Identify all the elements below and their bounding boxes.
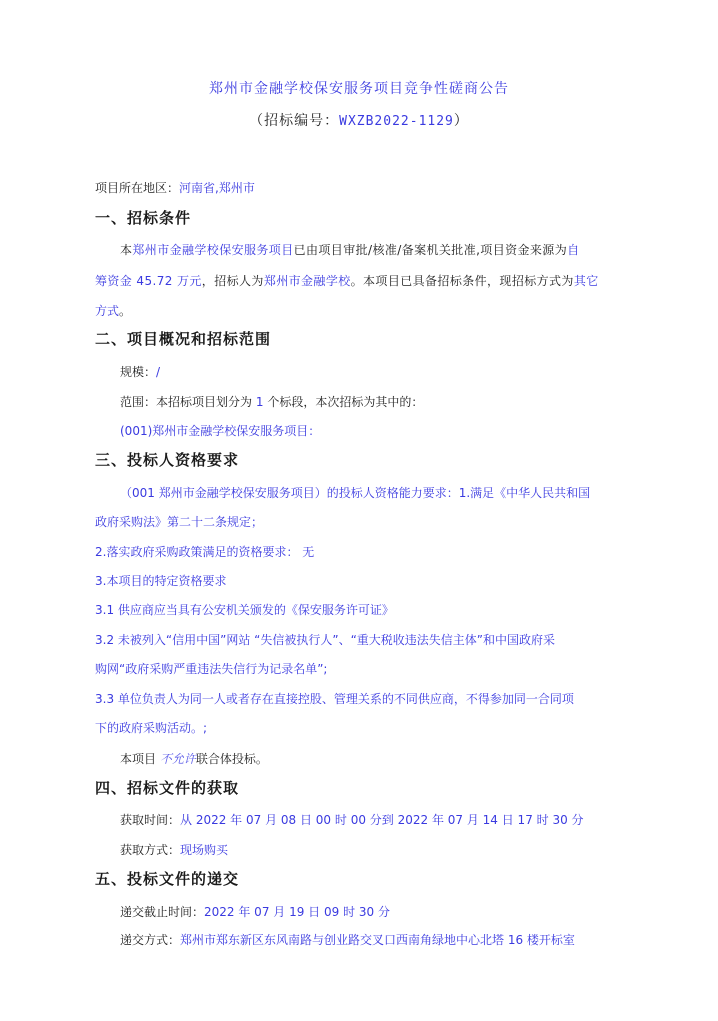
scale-value: / <box>156 365 160 379</box>
qualification-line: 3.本项目的特定资格要求 <box>95 573 226 589</box>
section-heading-4: 四、招标文件的获取 <box>95 780 239 796</box>
paragraph-line: 方式。 <box>95 303 131 319</box>
obtain-time-value: 从 2022 年 07 月 08 日 00 时 00 分到 2022 年 07 … <box>180 813 584 827</box>
qualification-line: 2.落实政府采购政策满足的资格要求： 无 <box>95 544 314 560</box>
text: 。 <box>119 304 131 318</box>
submit-deadline-value: 2022 年 07 月 19 日 09 时 30 分 <box>204 905 390 919</box>
text: 联合体投标。 <box>196 752 268 766</box>
obtain-method: 获取方式：现场购买 <box>120 842 228 858</box>
obtain-time-label: 获取时间： <box>120 813 180 827</box>
qualification-line: 3.2 未被列入“信用中国”网站 “失信被执行人”、“重大税收违法失信主体”和中… <box>95 632 555 648</box>
text: 本项目 <box>120 752 156 766</box>
tender-number: （招标编号：WXZB2022-1129） <box>0 110 718 130</box>
scale-label: 规模： <box>120 365 156 379</box>
scope-line: 范围：本招标项目划分为 1 个标段，本次招标为其中的： <box>120 394 423 410</box>
qualification-line: （001 郑州市金融学校保安服务项目）的投标人资格能力要求：1.满足《中华人民共… <box>120 485 590 501</box>
qualification-line: 3.1 供应商应当具有公安机关颁发的《保安服务许可证》 <box>95 602 394 618</box>
fund-source: 自 <box>567 243 579 257</box>
project-region: 项目所在地区：河南省,郑州市 <box>95 180 255 196</box>
text: 个标段，本次招标为其中的： <box>267 395 423 409</box>
region-label: 项目所在地区： <box>95 181 179 195</box>
qualification-line: 3.3 单位负责人为同一人或者存在直接控股、管理关系的不同供应商，不得参加同一合… <box>95 691 574 707</box>
qualification-line: 购网“政府采购严重违法失信行为记录名单”; <box>95 661 327 677</box>
section-heading-1: 一、招标条件 <box>95 210 191 226</box>
fund-amount: 筹资金 45.72 万元 <box>95 274 202 288</box>
text: ，招标人为 <box>202 274 264 288</box>
tenderer: 郑州市金融学校 <box>264 274 351 288</box>
submit-deadline: 递交截止时间：2022 年 07 月 19 日 09 时 30 分 <box>120 904 390 920</box>
obtain-method-value: 现场购买 <box>180 843 228 857</box>
section-heading-2: 二、项目概况和招标范围 <box>95 331 271 347</box>
scale-line: 规模：/ <box>120 364 160 380</box>
submit-method: 递交方式：郑州市郑东新区东风南路与创业路交叉口西南角绿地中心北塔 16 楼开标室 <box>120 932 575 948</box>
qualification-line: 政府采购法》第二十二条规定； <box>95 514 263 530</box>
submit-method-label: 递交方式： <box>120 933 180 947</box>
lot-name: (001)郑州市金融学校保安服务项目： <box>120 423 320 439</box>
tender-method: 其它 <box>574 274 599 288</box>
tender-number-close: ） <box>454 113 469 129</box>
project-name: 郑州市金融学校保安服务项目 <box>132 243 293 257</box>
text: 。本项目已具备招标条件，现招标方式为 <box>351 274 574 288</box>
document-title: 郑州市金融学校保安服务项目竞争性磋商公告 <box>0 78 718 98</box>
consortium-line: 本项目 不允许联合体投标。 <box>120 751 268 767</box>
tender-number-open: （招标编号： <box>249 113 339 129</box>
obtain-method-label: 获取方式： <box>120 843 180 857</box>
section-heading-5: 五、投标文件的递交 <box>95 871 239 887</box>
consortium-value: 不允许 <box>160 752 196 766</box>
text: 范围：本招标项目划分为 <box>120 395 252 409</box>
paragraph-line: 筹资金 45.72 万元，招标人为郑州市金融学校。本项目已具备招标条件，现招标方… <box>95 273 599 289</box>
region-value: 河南省,郑州市 <box>179 181 255 195</box>
text: 已由项目审批/核准/备案机关批准,项目资金来源为 <box>294 243 568 257</box>
tender-code: WXZB2022-1129 <box>339 114 454 129</box>
submit-deadline-label: 递交截止时间： <box>120 905 204 919</box>
obtain-time: 获取时间：从 2022 年 07 月 08 日 00 时 00 分到 2022 … <box>120 812 584 828</box>
section-heading-3: 三、投标人资格要求 <box>95 452 239 468</box>
tender-method: 方式 <box>95 304 119 318</box>
text: 本 <box>120 243 132 257</box>
paragraph-line: 本郑州市金融学校保安服务项目已由项目审批/核准/备案机关批准,项目资金来源为自 <box>120 242 580 258</box>
qualification-line: 下的政府采购活动。; <box>95 720 207 736</box>
lot-count: 1 <box>256 395 264 409</box>
submit-method-value: 郑州市郑东新区东风南路与创业路交叉口西南角绿地中心北塔 16 楼开标室 <box>180 933 575 947</box>
